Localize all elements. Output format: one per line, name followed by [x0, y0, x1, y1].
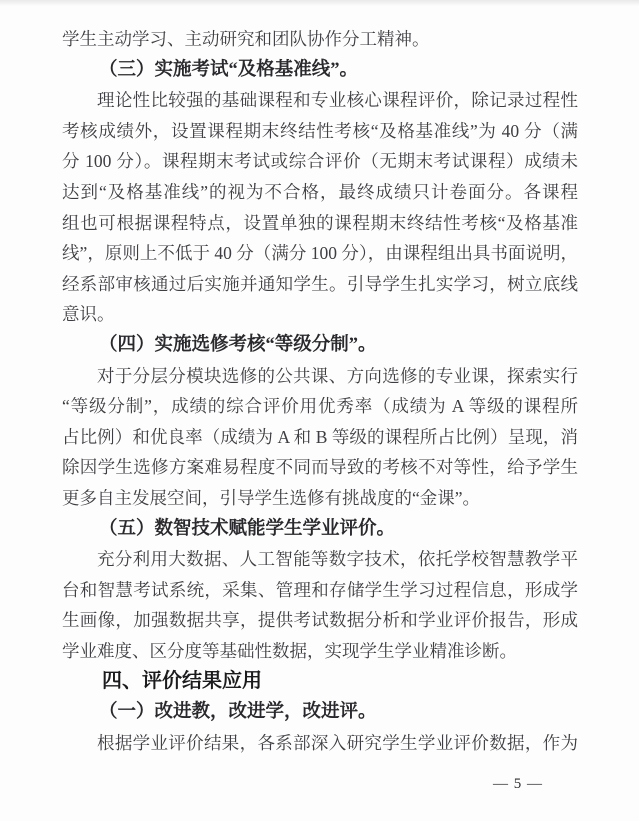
text-line: （一）改进教，改进学，改进评。 [62, 697, 578, 728]
text-line: 达到“及格基准线”的视为不合格，最终成绩只计卷面分。各课程 [62, 177, 578, 208]
document-body: 学生主动学习、主动研究和团队协作分工精神。（三）实施考试“及格基准线”。理论性比… [62, 24, 578, 758]
text-line: 对于分层分模块选修的公共课、方向选修的专业课，探索实行 [62, 361, 578, 392]
text-line: （三）实施考试“及格基准线”。 [62, 55, 578, 86]
page-number: — 5 — [493, 776, 543, 793]
text-line: 学业难度、区分度等基础性数据，实现学生学业精准诊断。 [62, 636, 578, 667]
text-line: 四、评价结果应用 [62, 666, 578, 697]
text-line: 考核成绩外，设置课程期末终结性考核“及格基准线”为 40 分（满 [62, 116, 578, 147]
page-top-edge [0, 0, 639, 6]
text-line: 理论性比较强的基础课程和专业核心课程评价，除记录过程性 [62, 85, 578, 116]
text-line: （五）数智技术赋能学生学业评价。 [62, 514, 578, 545]
text-line: （四）实施选修考核“等级分制”。 [62, 330, 578, 361]
text-line: 占比例）和优良率（成绩为 A 和 B 等级的课程所占比例）呈现，消 [62, 422, 578, 453]
text-line: 经系部审核通过后实施并通知学生。引导学生扎实学习，树立底线 [62, 269, 578, 300]
document-page: 学生主动学习、主动研究和团队协作分工精神。（三）实施考试“及格基准线”。理论性比… [0, 0, 639, 821]
text-line: 除因学生选修方案难易程度不同而导致的考核不对等性，给予学生 [62, 452, 578, 483]
text-line: 台和智慧考试系统，采集、管理和存储学生学习过程信息，形成学 [62, 575, 578, 606]
text-line: 根据学业评价结果，各系部深入研究学生学业评价数据，作为 [62, 728, 578, 759]
text-line: 组也可根据课程特点，设置单独的课程期末终结性考核“及格基准 [62, 208, 578, 239]
text-line: 线”，原则上不低于 40 分（满分 100 分），由课程组出具书面说明， [62, 238, 578, 269]
text-line: 分 100 分）。课程期末考试或综合评价（无期末考试课程）成绩未 [62, 146, 578, 177]
text-line: 意识。 [62, 299, 578, 330]
text-line: 生画像，加强数据共享，提供考试数据分析和学业评价报告，形成 [62, 605, 578, 636]
text-line: 更多自主发展空间，引导学生选修有挑战度的“金课”。 [62, 483, 578, 514]
text-line: “等级分制”，成绩的综合评价用优秀率（成绩为 A 等级的课程所 [62, 391, 578, 422]
text-line: 充分利用大数据、人工智能等数字技术，依托学校智慧教学平 [62, 544, 578, 575]
text-line: 学生主动学习、主动研究和团队协作分工精神。 [62, 24, 578, 55]
